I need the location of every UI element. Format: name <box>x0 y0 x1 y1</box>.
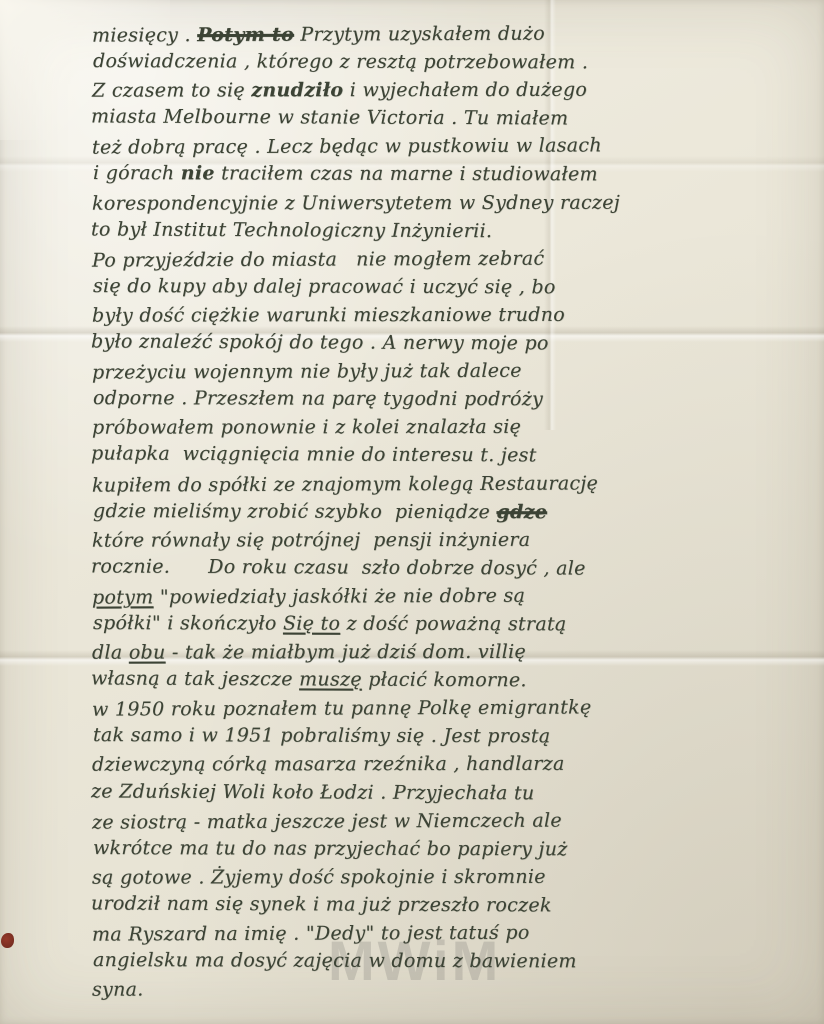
handwritten-line: ma Ryszard na imię . "Dedy" to jest tatu… <box>92 917 816 948</box>
handwritten-line: ze Zduńskiej Woli koło Łodzi . Przyjecha… <box>91 777 815 808</box>
handwritten-line: potym "powiedziały jaskółki że nie dobre… <box>92 580 816 611</box>
handwritten-text: syna. <box>92 979 144 1001</box>
handwritten-line: i górach nie traciłem czas na marne i st… <box>93 160 817 190</box>
handwritten-text: nie <box>181 163 215 185</box>
handwritten-text: Się to <box>283 613 340 635</box>
handwritten-line: własną a tak jeszcze muszę płacić komorn… <box>91 665 815 696</box>
handwritten-text: ze Zduńskiej Woli koło Łodzi . Przyjecha… <box>91 780 535 804</box>
handwritten-text: - tak że miałbym już dziś dom. villię <box>166 641 526 664</box>
handwritten-text: wkrótce ma tu do nas przyjechać bo papie… <box>93 837 568 860</box>
handwritten-line: miesięcy . Potym to Przytym uzyskałem du… <box>92 18 816 49</box>
handwritten-text: kupiłem do spółki ze znajomym kolegą Res… <box>92 472 598 496</box>
handwritten-text: "powiedziały jaskółki że nie dobre są <box>153 585 525 609</box>
handwritten-text: ze siostrą - matka jeszcze jest w Niemcz… <box>92 809 562 833</box>
handwritten-line: odporne . Przeszłem na parę tygodni podr… <box>93 384 817 414</box>
handwritten-text: traciłem czas na marne i studiowałem <box>215 163 598 186</box>
handwritten-line: dziewczyną córką masarza rzeźnika , hand… <box>92 750 816 779</box>
handwritten-text: są gotowe . Żyjemy dość spokojnie i skro… <box>92 866 546 889</box>
handwritten-text: i górach <box>93 163 181 185</box>
handwritten-text: to był Institut Technologiczny Inżynieri… <box>91 218 492 242</box>
handwritten-line: to był Institut Technologiczny Inżynieri… <box>91 215 815 246</box>
handwritten-line: w 1950 roku poznałem tu pannę Polkę emig… <box>92 693 816 724</box>
handwritten-line: Z czasem to się znudziło i wyjechałem do… <box>92 76 816 105</box>
handwritten-text: się do kupy aby dalej pracować i uczyć s… <box>93 275 556 298</box>
handwritten-line: korespondencyjnie z Uniwersytetem w Sydn… <box>92 188 816 217</box>
handwritten-text: gdzie mieliśmy zrobić szybko pieniądze <box>93 500 497 523</box>
handwritten-text: urodził nam się synek i ma już przeszło … <box>91 892 552 916</box>
handwritten-text: Z czasem to się <box>92 80 251 102</box>
handwritten-text: doświadczenia , którego z resztą potrzeb… <box>93 50 588 73</box>
handwritten-line: dla obu - tak że miałbym już dziś dom. v… <box>92 637 816 666</box>
handwritten-line: były dość ciężkie warunki mieszkaniowe t… <box>92 300 816 329</box>
letter-body: miesięcy . Potym to Przytym uzyskałem du… <box>92 20 816 1024</box>
ink-stain <box>1 933 14 948</box>
handwritten-line: kupiłem do spółki ze znajomym kolegą Res… <box>92 468 816 499</box>
handwritten-text: korespondencyjnie z Uniwersytetem w Sydn… <box>92 191 620 214</box>
handwritten-line: przeżyciu wojennym nie były już tak dale… <box>92 356 816 387</box>
handwritten-line: wkrótce ma tu do nas przyjechać bo papie… <box>93 834 817 864</box>
handwritten-text: i wyjechałem do dużego <box>343 79 587 101</box>
handwritten-line: które równały się potrójnej pensji inżyn… <box>92 525 816 554</box>
handwritten-line: syna. <box>92 975 816 1004</box>
handwritten-line: doświadczenia , którego z resztą potrzeb… <box>93 47 817 77</box>
handwritten-text: które równały się potrójnej pensji inżyn… <box>92 529 530 552</box>
handwritten-text: było znaleźć spokój do tego . A nerwy mo… <box>91 330 549 354</box>
handwritten-line: angielsku ma dosyć zajęcia w domu z bawi… <box>93 946 817 976</box>
handwritten-line: było znaleźć spokój do tego . A nerwy mo… <box>91 327 815 358</box>
handwritten-line: spółki" i skończyło Się to z dość poważn… <box>93 609 817 639</box>
handwritten-text: dziewczyną córką masarza rzeźnika , hand… <box>92 753 565 776</box>
handwritten-line: gdzie mieliśmy zrobić szybko pieniądze g… <box>93 497 817 527</box>
handwritten-text: miesięcy . <box>92 24 197 46</box>
handwritten-text: znudziło <box>251 79 343 101</box>
handwritten-line: są gotowe . Żyjemy dość spokojnie i skro… <box>92 862 816 891</box>
handwritten-line: miasta Melbourne w stanie Victoria . Tu … <box>91 103 815 134</box>
handwritten-text: ma Ryszard na imię . "Dedy" to jest tatu… <box>92 922 530 946</box>
struck-text: gdze <box>496 501 547 523</box>
handwritten-line: pułapka wciągnięcia mnie do interesu t. … <box>91 440 815 471</box>
handwritten-text: z dość poważną stratą <box>340 613 566 636</box>
handwritten-text: w 1950 roku poznałem tu pannę Polkę emig… <box>92 697 592 721</box>
handwritten-text: odporne . Przeszłem na parę tygodni podr… <box>93 387 543 410</box>
handwritten-text: też dobrą pracę . Lecz będąc w pustkowiu… <box>92 135 602 159</box>
handwritten-line: próbowałem ponownie i z kolei znalazła s… <box>92 413 816 442</box>
handwritten-line: urodził nam się synek i ma już przeszło … <box>91 889 815 920</box>
struck-text: Potym to <box>197 24 294 46</box>
handwritten-text: miasta Melbourne w stanie Victoria . Tu … <box>91 106 568 130</box>
handwritten-text: potym <box>92 586 154 608</box>
handwritten-text: przeżyciu wojennym nie były już tak dale… <box>92 360 522 384</box>
handwritten-text: obu <box>129 642 166 664</box>
handwritten-text: dla <box>92 642 129 664</box>
handwritten-line: ze siostrą - matka jeszcze jest w Niemcz… <box>92 805 816 836</box>
handwritten-text: rocznie. Do roku czasu szło dobrze dosyć… <box>91 555 586 579</box>
handwritten-text: próbowałem ponownie i z kolei znalazła s… <box>92 416 521 439</box>
handwritten-text: muszę <box>299 668 362 690</box>
handwritten-text: własną a tak jeszcze <box>91 668 299 691</box>
handwritten-text: spółki" i skończyło <box>93 612 283 634</box>
handwritten-line: Po przyjeździe do miasta nie mogłem zebr… <box>92 243 816 274</box>
handwritten-line: tak samo i w 1951 pobraliśmy się . Jest … <box>93 721 817 751</box>
handwritten-text: Przytym uzyskałem dużo <box>294 23 545 46</box>
handwritten-line: rocznie. Do roku czasu szło dobrze dosyć… <box>91 552 815 583</box>
handwritten-line: się do kupy aby dalej pracować i uczyć s… <box>93 272 817 302</box>
handwritten-text: płacić komorne. <box>362 669 527 692</box>
handwritten-text: były dość ciężkie warunki mieszkaniowe t… <box>92 304 565 327</box>
handwritten-text: angielsku ma dosyć zajęcia w domu z bawi… <box>93 949 577 972</box>
handwritten-text: pułapka wciągnięcia mnie do interesu t. … <box>91 443 537 467</box>
handwritten-line: też dobrą pracę . Lecz będąc w pustkowiu… <box>92 131 816 162</box>
letter-page: MWiM miesięcy . Potym to Przytym uzyskał… <box>0 0 824 1024</box>
handwritten-text: Po przyjeździe do miasta nie mogłem zebr… <box>92 247 544 271</box>
handwritten-text: tak samo i w 1951 pobraliśmy się . Jest … <box>93 724 551 747</box>
